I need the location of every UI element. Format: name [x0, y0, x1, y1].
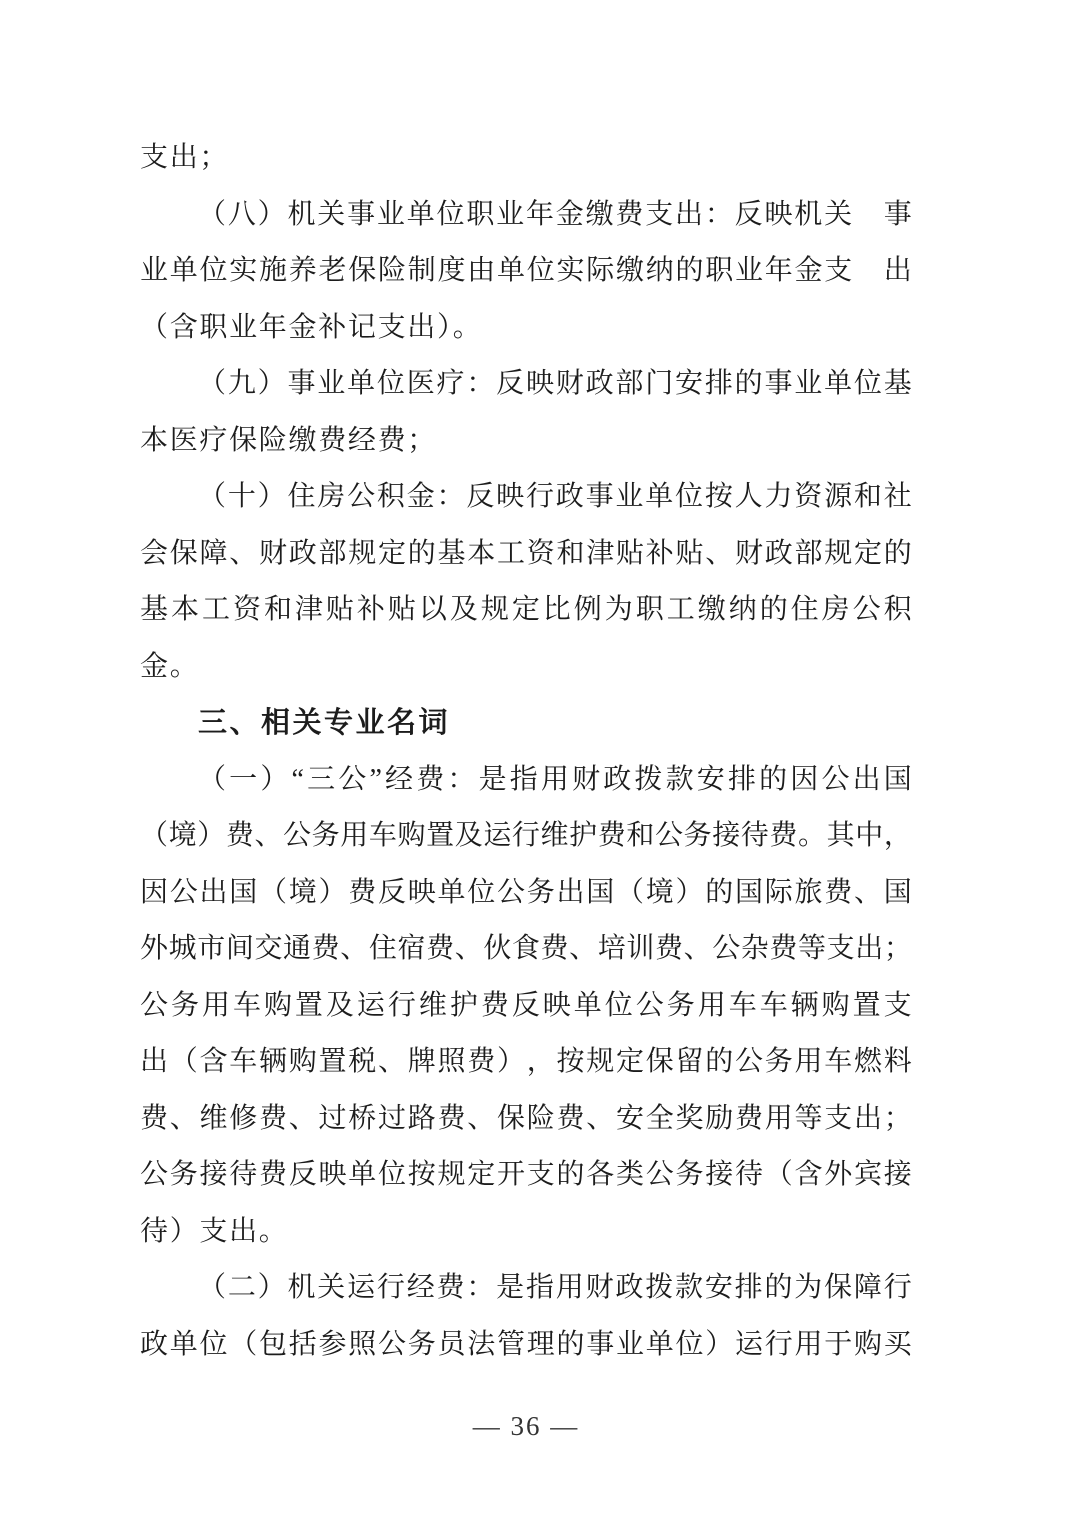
text-line: （八）机关事业单位职业年金缴费支出：反映机关 事: [140, 187, 912, 244]
text-line: 基本工资和津贴补贴以及规定比例为职工缴纳的住房公积: [140, 582, 912, 639]
text-line: 待）支出。: [140, 1204, 912, 1261]
text-line: （十）住房公积金：反映行政事业单位按人力资源和社: [140, 469, 912, 526]
section-heading: 三、相关专业名词: [140, 695, 912, 752]
text-line: （二）机关运行经费：是指用财政拨款安排的为保障行: [140, 1260, 912, 1317]
text-line: 因公出国（境）费反映单位公务出国（境）的国际旅费、国: [140, 865, 912, 922]
text-line: （一）“三公”经费：是指用财政拨款安排的因公出国: [140, 752, 912, 809]
text-line: （境）费、公务用车购置及运行维护费和公务接待费。其中，: [140, 808, 912, 865]
text-line: （九）事业单位医疗：反映财政部门安排的事业单位基: [140, 356, 912, 413]
document-page: 支出； （八）机关事业单位职业年金缴费支出：反映机关 事 业单位实施养老保险制度…: [0, 0, 1074, 1520]
text-line: 金。: [140, 639, 912, 696]
text-line: 支出；: [140, 130, 912, 187]
text-line: 公务接待费反映单位按规定开支的各类公务接待（含外宾接: [140, 1147, 912, 1204]
text-line: 费、维修费、过桥过路费、保险费、安全奖励费用等支出；: [140, 1091, 912, 1148]
text-line: 业单位实施养老保险制度由单位实际缴纳的职业年金支 出: [140, 243, 912, 300]
text-line: 会保障、财政部规定的基本工资和津贴补贴、财政部规定的: [140, 526, 912, 583]
text-line: 政单位（包括参照公务员法管理的事业单位）运行用于购买: [140, 1317, 912, 1374]
text-line: 公务用车购置及运行维护费反映单位公务用车车辆购置支: [140, 978, 912, 1035]
page-number: — 36 —: [473, 1411, 580, 1441]
page-footer: — 36 —: [140, 1398, 912, 1454]
text-line: 外城市间交通费、住宿费、伙食费、培训费、公杂费等支出；: [140, 921, 912, 978]
text-line: （含职业年金补记支出）。: [140, 300, 912, 357]
document-body: 支出； （八）机关事业单位职业年金缴费支出：反映机关 事 业单位实施养老保险制度…: [140, 130, 912, 1373]
text-line: 本医疗保险缴费经费；: [140, 413, 912, 470]
text-line: 出（含车辆购置税、牌照费），按规定保留的公务用车燃料: [140, 1034, 912, 1091]
